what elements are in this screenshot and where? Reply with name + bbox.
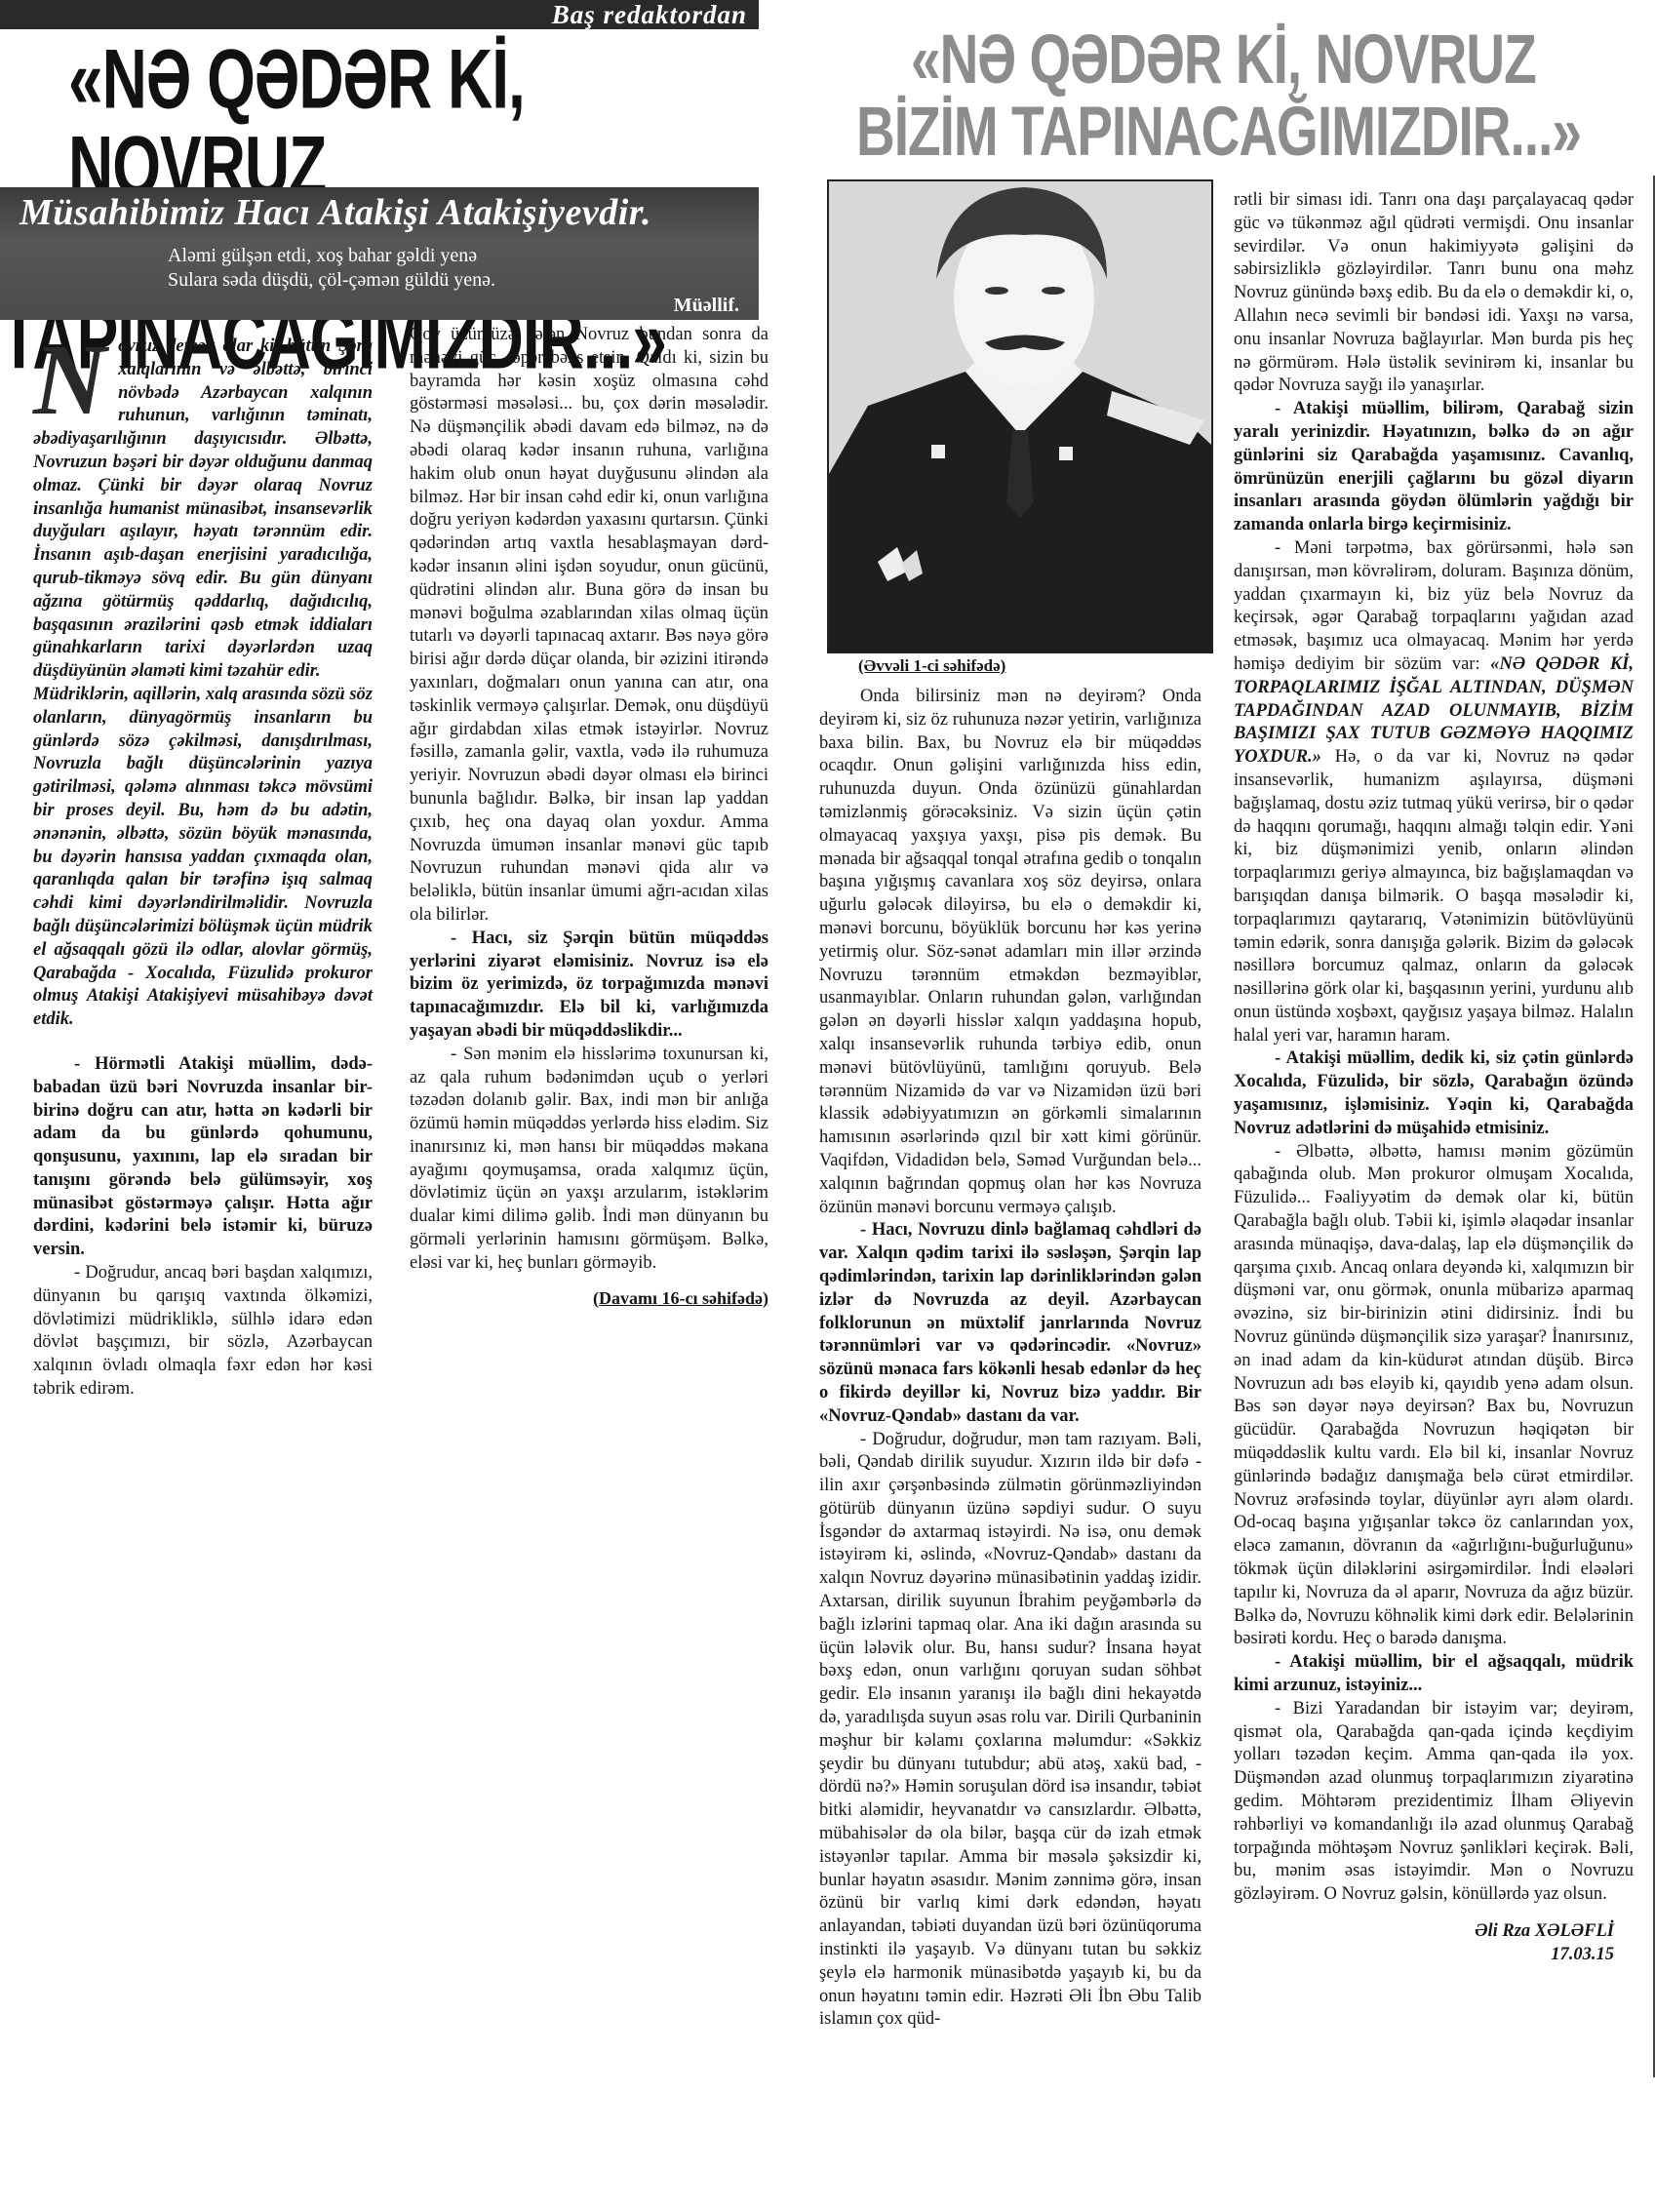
article-column-1: Novruz demək olar ki, bütün Şərq xalqlar… (33, 336, 373, 1402)
publication-date: 17.03.15 (1234, 1944, 1634, 1967)
article-column-4: rətli bir siması idi. Tanrı ona daşı par… (1234, 189, 1634, 1967)
answer-paragraph: rətli bir siması idi. Tanrı ona daşı par… (1234, 189, 1634, 398)
subtitle: Müsahibimiz Hacı Atakişi Atakişiyevdir. (20, 191, 651, 234)
interview-question: - Atakişi müəllim, bir el ağsaqqalı, müd… (1234, 1651, 1634, 1698)
intro-paragraph: Novruz demək olar ki, bütün Şərq xalqlar… (33, 336, 373, 684)
continued-headline: «NƏ QƏDƏR Kİ, NOVRUZ BİZİM TAPINACAĞIMIZ… (856, 23, 1636, 168)
interview-answer: - Məni tərpətmə, bax görürsənmi, hələ sə… (1234, 537, 1634, 1048)
continued-on-page-link[interactable]: (Davamı 16-cı səhifədə) (410, 1287, 768, 1311)
article-column-2: Qoy üzümüzə gələn Novruz bundan sonra da… (410, 324, 768, 1310)
portrait-image-icon (829, 181, 1211, 652)
interview-answer: - Doğrudur, doğrudur, mən tam razıyam. B… (819, 1429, 1202, 2033)
interview-answer: - Əlbəttə, əlbəttə, hamısı mənim gözümün… (1234, 1141, 1634, 1652)
left-page: Baş redaktordan «NƏ QƏDƏR Kİ, NOVRUZ BİZ… (0, 0, 790, 2212)
section-rubric: Baş redaktordan (0, 0, 759, 29)
right-page: «NƏ QƏDƏR Kİ, NOVRUZ BİZİM TAPINACAĞIMIZ… (819, 0, 1655, 2212)
author-signature: Əli Rza XƏLƏFLİ (1234, 1920, 1634, 1944)
intro-paragraph-2: Müdriklərin, aqillərin, xalq arasında sö… (33, 684, 373, 1032)
answer-paragraph: Onda bilirsiniz mən nə deyirəm? Onda dey… (819, 686, 1202, 1219)
epigraph: Aləmi gülşən etdi, xoş bahar gəldi yenə … (168, 244, 495, 293)
interview-question: - Hacı, Novruzu dinlə bağlamaq cəhdləri … (819, 1219, 1202, 1428)
drop-cap: N (33, 339, 106, 421)
photo-caption[interactable]: (Əvvəli 1-ci səhifədə) (858, 656, 1005, 676)
headline-line-1: «NƏ QƏDƏR Kİ, NOVRUZ (856, 23, 1636, 96)
interview-question: - Hörmətli Atakişi müəllim, dədə-babadan… (33, 1053, 373, 1262)
interview-answer: - Bizi Yaradandan bir istəyim var; deyir… (1234, 1698, 1634, 1907)
headline-line-1: «NƏ QƏDƏR Kİ, NOVRUZ (39, 35, 770, 209)
epigraph-author: Müəllif. (674, 295, 739, 317)
article-column-3: Onda bilirsiniz mən nə deyirəm? Onda dey… (819, 686, 1202, 2032)
portrait-photo (827, 179, 1213, 653)
interview-question: - Atakişi müəllim, bilirəm, Qarabağ sizi… (1234, 398, 1634, 537)
interview-answer: - Doğrudur, ancaq bəri başdan xalqımızı,… (33, 1262, 373, 1402)
interview-question: - Hacı, siz Şərqin bütün müqəddəs yerlər… (410, 928, 768, 1044)
answer-paragraph: Qoy üzümüzə gələn Novruz bundan sonra da… (410, 324, 768, 928)
epigraph-line-1: Aləmi gülşən etdi, xoş bahar gəldi yenə (168, 244, 495, 268)
headline-line-2: BİZİM TAPINACAĞIMIZDIR...» (856, 96, 1636, 168)
subtitle-band: Müsahibimiz Hacı Atakişi Atakişiyevdir. … (0, 187, 759, 320)
interview-question: - Atakişi müəllim, dedik ki, siz çətin g… (1234, 1047, 1634, 1140)
interview-answer: - Sən mənim elə hisslərimə toxunursan ki… (410, 1044, 768, 1276)
epigraph-line-2: Sulara səda düşdü, çöl-çəmən güldü yenə. (168, 268, 495, 293)
